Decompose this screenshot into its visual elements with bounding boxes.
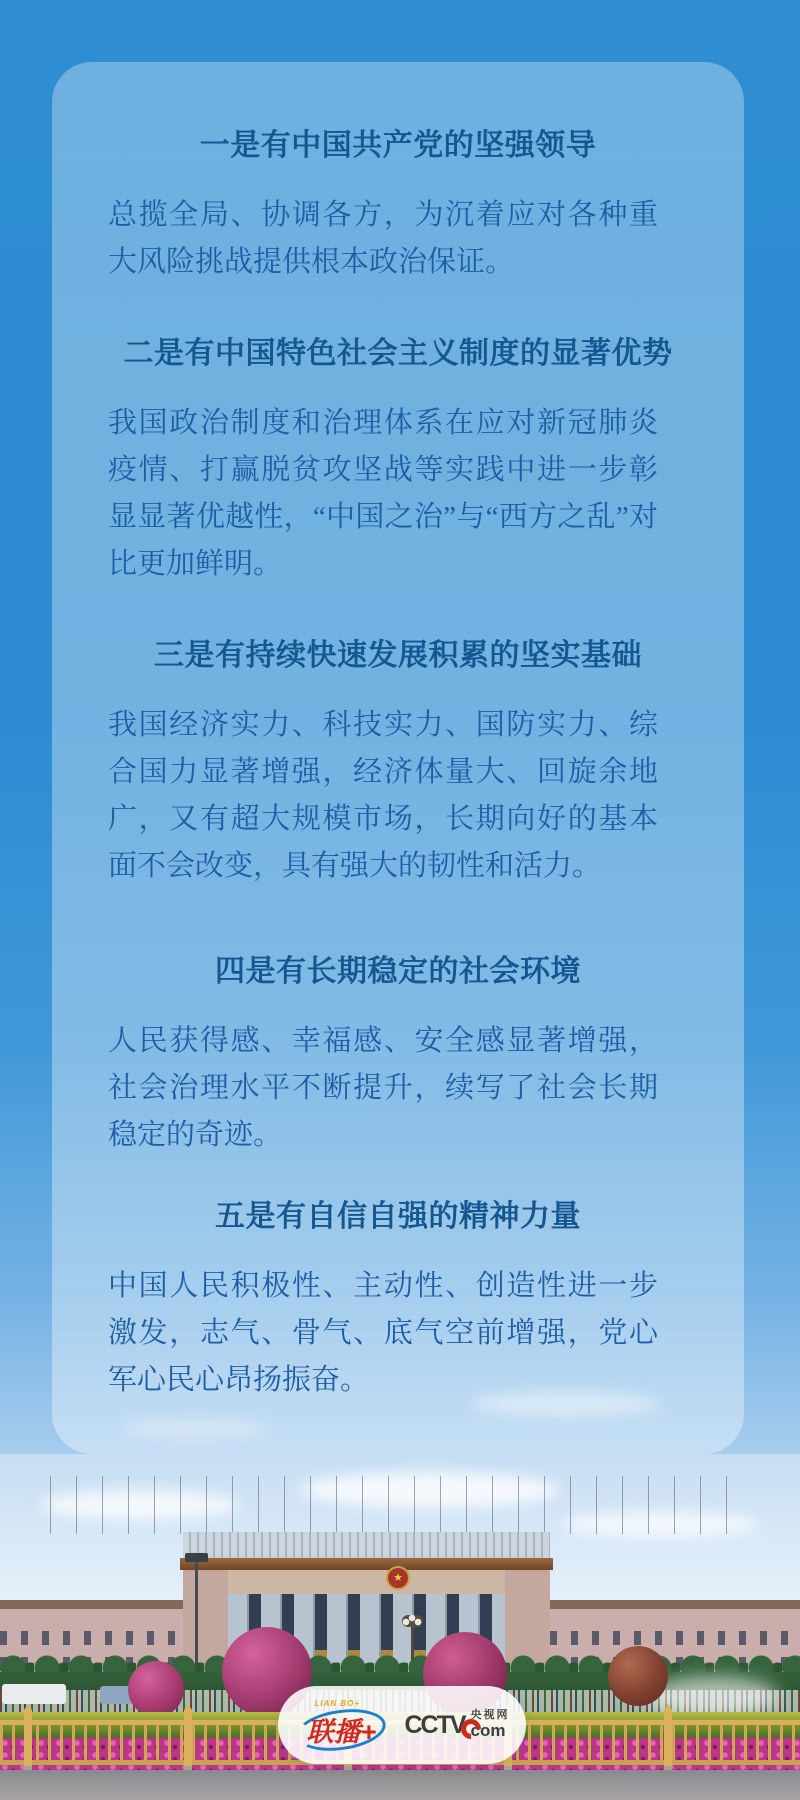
floodlight-head <box>185 1553 208 1562</box>
fence-post <box>664 1704 672 1770</box>
section-heading: 四是有长期稳定的社会环境 <box>52 954 744 990</box>
section-3: 三是有持续快速发展积累的坚实基础 我国经济实力、科技实力、国防实力、综合国力显著… <box>52 638 744 890</box>
building-cornice <box>180 1558 553 1570</box>
building-wall <box>183 1570 550 1596</box>
lamppost-lamps <box>402 1615 423 1627</box>
section-1: 一是有中国共产党的坚强领导 总揽全局、协调各方，为沉着应对各种重大风险挑战提供根… <box>52 128 744 286</box>
photo-great-hall-of-the-people: ★ LIAN BO+ 联播+ CCTV 央视网 com <box>0 1454 800 1800</box>
section-2: 二是有中国特色社会主义制度的显著优势 我国政治制度和治理体系在应对新冠肺炎疫情、… <box>52 336 744 588</box>
building-attic <box>183 1532 550 1560</box>
fence-post <box>24 1704 32 1770</box>
bus <box>2 1684 66 1704</box>
lianbo-logo-en-text: LIAN BO+ <box>314 1699 360 1708</box>
cctv-com-logo: CCTV 央视网 com <box>404 1703 509 1747</box>
lianbo-plus-logo: LIAN BO+ 联播+ <box>294 1697 394 1753</box>
section-body: 总揽全局、协调各方，为沉着应对各种重大风险挑战提供根本政治保证。 <box>108 192 658 286</box>
section-body: 我国政治制度和治理体系在应对新冠肺炎疫情、打赢脱贫攻坚战等实践中进一步彰显显著优… <box>108 400 658 588</box>
section-heading: 二是有中国特色社会主义制度的显著优势 <box>52 336 744 372</box>
cctv-logo-word: CCTV <box>404 1711 464 1740</box>
section-4: 四是有长期稳定的社会环境 人民获得感、幸福感、安全感显著增强，社会治理水平不断提… <box>52 954 744 1159</box>
section-5: 五是有自信自强的精神力量 中国人民积极性、主动性、创造性进一步激发，志气、骨气、… <box>52 1199 744 1404</box>
section-heading: 一是有中国共产党的坚强领导 <box>52 128 744 164</box>
flower-topiary <box>608 1646 668 1706</box>
section-body: 我国经济实力、科技实力、国防实力、综合国力显著增强，经济体量大、回旋余地广，又有… <box>108 702 658 890</box>
fence-post <box>184 1704 192 1770</box>
road <box>0 1770 800 1800</box>
national-emblem-icon: ★ <box>386 1566 410 1590</box>
flower-topiary <box>128 1661 184 1717</box>
content-card: 一是有中国共产党的坚强领导 总揽全局、协调各方，为沉着应对各种重大风险挑战提供根… <box>52 62 744 1454</box>
section-heading: 五是有自信自强的精神力量 <box>52 1199 744 1235</box>
lianbo-logo-cn-text: 联播+ <box>306 1710 376 1749</box>
section-body: 人民获得感、幸福感、安全感显著增强，社会治理水平不断提升，续写了社会长期稳定的奇… <box>108 1018 658 1159</box>
section-heading: 三是有持续快速发展积累的坚实基础 <box>52 638 744 674</box>
watermark-pill: LIAN BO+ 联播+ CCTV 央视网 com <box>278 1686 526 1764</box>
section-body: 中国人民积极性、主动性、创造性进一步激发，志气、骨气、底气空前增强，党心军心民心… <box>108 1263 658 1404</box>
rooftop-flagpoles <box>50 1476 750 1534</box>
poster-root: { "poster": { "sections": [ { "heading":… <box>0 0 800 1800</box>
